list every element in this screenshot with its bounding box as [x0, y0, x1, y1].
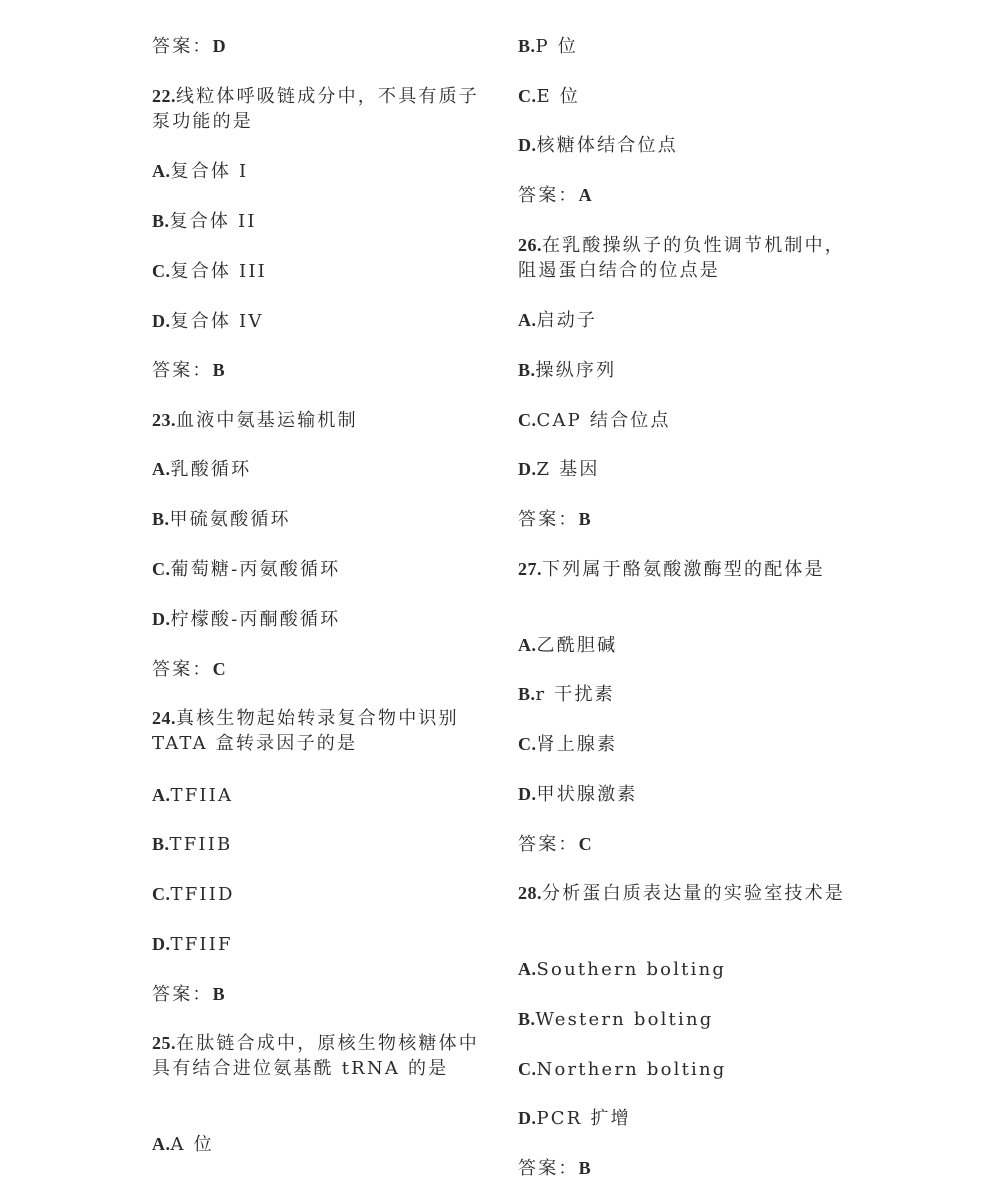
question-number: 25.: [152, 1033, 176, 1053]
option-item: A.TFIIA: [152, 783, 233, 808]
answer-value: C: [213, 659, 228, 679]
question-body: 在肽链合成中，原核生物核糖体中具有结合进位氨基酰 tRNA 的是: [152, 1033, 479, 1079]
option-text: 柠檬酸-丙酮酸循环: [171, 609, 341, 630]
question-text: 24.真核生物起始转录复合物中识别 TATA 盒转录因子的是: [152, 706, 482, 756]
question-number: 28.: [518, 883, 542, 903]
answer-value: D: [213, 36, 228, 56]
option-item: C.E 位: [518, 84, 580, 109]
option-key: B.: [152, 211, 170, 231]
answer-line: 答案：C: [152, 657, 228, 682]
option-key: A.: [518, 959, 537, 979]
option-item: C.葡萄糖-丙氨酸循环: [152, 557, 340, 582]
option-key: B.: [518, 36, 536, 56]
option-text: 甲硫氨酸循环: [170, 509, 291, 530]
option-key: C.: [152, 261, 171, 281]
question-body: 线粒体呼吸链成分中，不具有质子泵功能的是: [152, 86, 479, 132]
option-key: D.: [152, 311, 171, 331]
option-key: A.: [152, 459, 171, 479]
option-key: C.: [518, 86, 537, 106]
option-text: 启动子: [537, 310, 598, 331]
question-text: 28.分析蛋白质表达量的实验室技术是: [518, 881, 848, 906]
option-text: 乳酸循环: [171, 459, 252, 480]
option-key: A.: [152, 161, 171, 181]
question-text: 23.血液中氨基运输机制: [152, 408, 482, 433]
answer-line: 答案：B: [518, 1156, 593, 1181]
option-text: TFIIF: [171, 934, 233, 955]
answer-line: 答案：B: [152, 358, 227, 383]
option-key: C.: [152, 559, 171, 579]
option-text: 核糖体结合位点: [537, 135, 678, 156]
answer-value: C: [579, 834, 594, 854]
answer-label: 答案：: [518, 1158, 579, 1179]
question-text: 22.线粒体呼吸链成分中，不具有质子泵功能的是: [152, 84, 482, 134]
answer-value: A: [579, 185, 594, 205]
option-item: B.复合体 II: [152, 209, 257, 234]
option-key: B.: [518, 684, 536, 704]
option-key: B.: [152, 834, 170, 854]
option-item: D.甲状腺激素: [518, 782, 638, 807]
option-key: C.: [518, 410, 537, 430]
answer-label: 答案：: [152, 984, 213, 1005]
option-text: 操纵序列: [536, 360, 617, 381]
answer-value: B: [579, 509, 593, 529]
option-key: D.: [518, 1108, 537, 1128]
question-body: 在乳酸操纵子的负性调节机制中，阻遏蛋白结合的位点是: [518, 235, 845, 281]
option-item: A.A 位: [152, 1132, 214, 1157]
option-key: D.: [518, 459, 537, 479]
option-key: D.: [152, 934, 171, 954]
option-item: B.Western bolting: [518, 1007, 713, 1032]
option-text: r 干扰素: [536, 684, 615, 705]
question-number: 27.: [518, 559, 542, 579]
option-text: 肾上腺素: [537, 734, 618, 755]
answer-label: 答案：: [518, 509, 579, 530]
question-number: 22.: [152, 86, 176, 106]
option-key: C.: [518, 1059, 537, 1079]
question-body: 真核生物起始转录复合物中识别 TATA 盒转录因子的是: [152, 708, 459, 754]
option-item: A.启动子: [518, 308, 597, 333]
answer-label: 答案：: [518, 185, 579, 206]
answer-line: 答案：B: [518, 507, 593, 532]
option-text: E 位: [537, 86, 580, 107]
question-body: 血液中氨基运输机制: [176, 410, 358, 431]
answer-line: 答案：C: [518, 832, 594, 857]
answer-value: B: [213, 360, 227, 380]
option-key: B.: [518, 360, 536, 380]
answer-line: 答案：D: [152, 34, 228, 59]
option-item: C.CAP 结合位点: [518, 408, 671, 433]
option-item: D.TFIIF: [152, 932, 233, 957]
question-number: 24.: [152, 708, 176, 728]
option-item: B.甲硫氨酸循环: [152, 507, 291, 532]
answer-label: 答案：: [152, 360, 213, 381]
option-item: B.操纵序列: [518, 358, 616, 383]
option-item: D.Z 基因: [518, 457, 600, 482]
option-key: A.: [152, 785, 171, 805]
option-text: A 位: [171, 1134, 214, 1155]
option-key: D.: [518, 784, 537, 804]
option-text: 乙酰胆碱: [537, 635, 618, 656]
option-item: C.Northern bolting: [518, 1057, 727, 1082]
option-key: D.: [152, 609, 171, 629]
option-text: TFIIB: [170, 834, 233, 855]
answer-value: B: [213, 984, 227, 1004]
option-key: B.: [518, 1009, 536, 1029]
question-number: 26.: [518, 235, 542, 255]
option-text: TFIID: [171, 884, 235, 905]
option-text: 甲状腺激素: [537, 784, 638, 805]
option-key: D.: [518, 135, 537, 155]
option-item: C.复合体 III: [152, 259, 267, 284]
answer-value: B: [579, 1158, 593, 1178]
answer-line: 答案：B: [152, 982, 227, 1007]
option-item: D.PCR 扩增: [518, 1106, 631, 1131]
option-text: 复合体 IV: [171, 311, 264, 332]
option-text: P 位: [536, 36, 578, 57]
option-item: C.TFIID: [152, 882, 235, 907]
option-key: C.: [518, 734, 537, 754]
option-item: A.复合体 I: [152, 159, 248, 184]
option-text: Z 基因: [537, 459, 600, 480]
option-item: B.P 位: [518, 34, 578, 59]
option-text: Western bolting: [536, 1009, 714, 1030]
answer-line: 答案：A: [518, 183, 594, 208]
option-text: PCR 扩增: [537, 1108, 631, 1129]
answer-label: 答案：: [518, 834, 579, 855]
answer-label: 答案：: [152, 36, 213, 57]
option-item: D.复合体 IV: [152, 309, 264, 334]
option-item: A.Southern bolting: [518, 957, 726, 982]
option-item: A.乙酰胆碱: [518, 633, 617, 658]
question-number: 23.: [152, 410, 176, 430]
option-key: A.: [518, 635, 537, 655]
option-text: Northern bolting: [537, 1059, 727, 1080]
option-text: Southern bolting: [537, 959, 727, 980]
option-text: CAP 结合位点: [537, 410, 671, 431]
option-item: A.乳酸循环: [152, 457, 251, 482]
option-item: B.r 干扰素: [518, 682, 615, 707]
option-item: D.柠檬酸-丙酮酸循环: [152, 607, 340, 632]
option-key: C.: [152, 884, 171, 904]
question-body: 分析蛋白质表达量的实验室技术是: [542, 883, 845, 904]
option-text: 复合体 II: [170, 211, 257, 232]
option-item: C.肾上腺素: [518, 732, 617, 757]
option-text: 葡萄糖-丙氨酸循环: [171, 559, 341, 580]
question-text: 27.下列属于酪氨酸激酶型的配体是: [518, 557, 848, 582]
option-key: A.: [518, 310, 537, 330]
option-item: D.核糖体结合位点: [518, 133, 678, 158]
answer-label: 答案：: [152, 659, 213, 680]
option-item: B.TFIIB: [152, 832, 232, 857]
option-text: 复合体 III: [171, 261, 267, 282]
question-body: 下列属于酪氨酸激酶型的配体是: [542, 559, 825, 580]
option-key: B.: [152, 509, 170, 529]
option-text: TFIIA: [171, 785, 234, 806]
option-key: A.: [152, 1134, 171, 1154]
option-text: 复合体 I: [171, 161, 249, 182]
question-text: 26.在乳酸操纵子的负性调节机制中，阻遏蛋白结合的位点是: [518, 233, 848, 283]
question-text: 25.在肽链合成中，原核生物核糖体中具有结合进位氨基酰 tRNA 的是: [152, 1031, 482, 1081]
